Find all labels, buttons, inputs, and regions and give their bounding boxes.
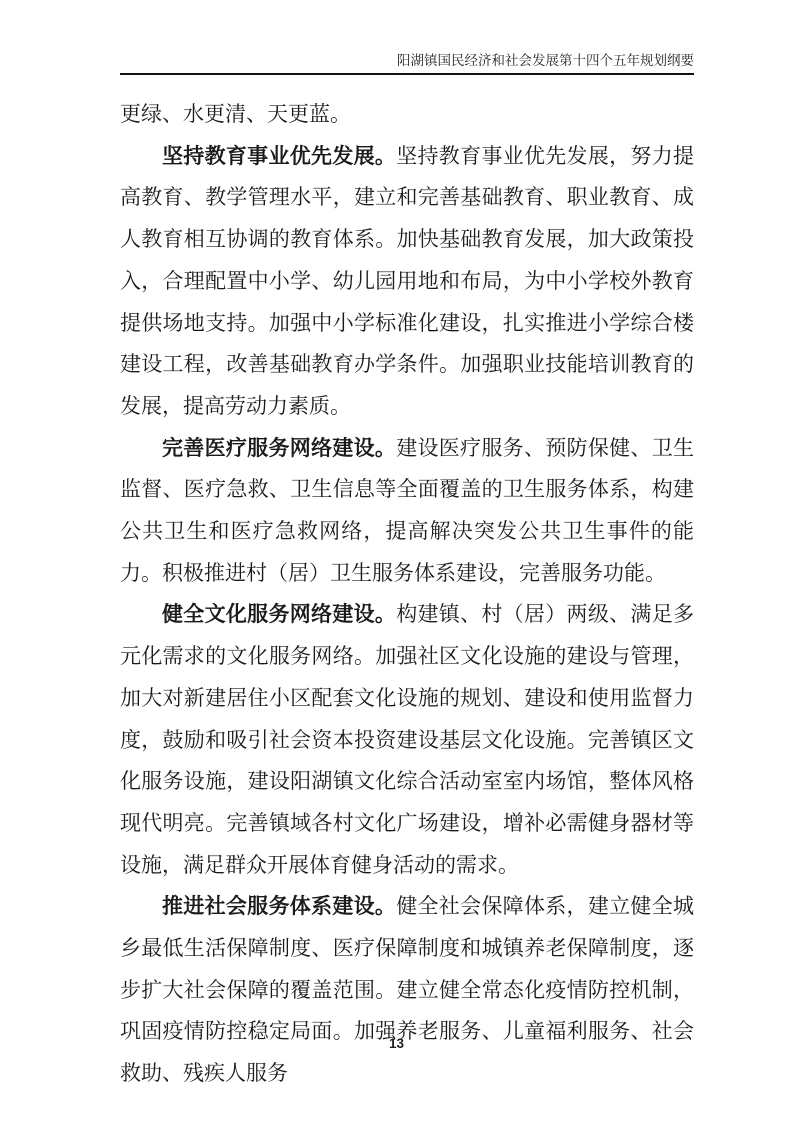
- paragraph-lead-bold: 健全文化服务网络建设。: [162, 602, 396, 626]
- paragraph-education: 坚持教育事业优先发展。坚持教育事业优先发展，努力提高教育、教学管理水平，建立和完…: [120, 136, 694, 428]
- page-footer: 13: [0, 1036, 793, 1051]
- paragraph-text: 健全社会保障体系，建立健全城乡最低生活保障制度、医疗保障制度和城镇养老保障制度，…: [120, 894, 694, 1085]
- paragraph-lead-bold: 推进社会服务体系建设。: [162, 894, 396, 918]
- document-body: 更绿、水更清、天更蓝。 坚持教育事业优先发展。坚持教育事业优先发展，努力提高教育…: [120, 94, 694, 1095]
- document-page: 阳湖镇国民经济和社会发展第十四个五年规划纲要 更绿、水更清、天更蓝。 坚持教育事…: [0, 0, 793, 1122]
- paragraph-lead-bold: 坚持教育事业优先发展。: [162, 144, 396, 168]
- paragraph-text: 更绿、水更清、天更蓝。: [120, 102, 351, 126]
- header-title: 阳湖镇国民经济和社会发展第十四个五年规划纲要: [397, 53, 694, 68]
- page-number: 13: [389, 1036, 404, 1051]
- paragraph-medical: 完善医疗服务网络建设。建设医疗服务、预防保健、卫生监督、医疗急救、卫生信息等全面…: [120, 428, 694, 595]
- paragraph-text: 构建镇、村（居）两级、满足多元化需求的文化服务网络。加强社区文化设施的建设与管理…: [120, 602, 694, 876]
- paragraph-continuation: 更绿、水更清、天更蓝。: [120, 94, 694, 136]
- paragraph-text: 坚持教育事业优先发展，努力提高教育、教学管理水平，建立和完善基础教育、职业教育、…: [120, 144, 694, 418]
- paragraph-lead-bold: 完善医疗服务网络建设。: [162, 436, 396, 460]
- paragraph-social-services: 推进社会服务体系建设。健全社会保障体系，建立健全城乡最低生活保障制度、医疗保障制…: [120, 886, 694, 1095]
- page-header: 阳湖镇国民经济和社会发展第十四个五年规划纲要: [120, 52, 694, 75]
- paragraph-culture: 健全文化服务网络建设。构建镇、村（居）两级、满足多元化需求的文化服务网络。加强社…: [120, 594, 694, 886]
